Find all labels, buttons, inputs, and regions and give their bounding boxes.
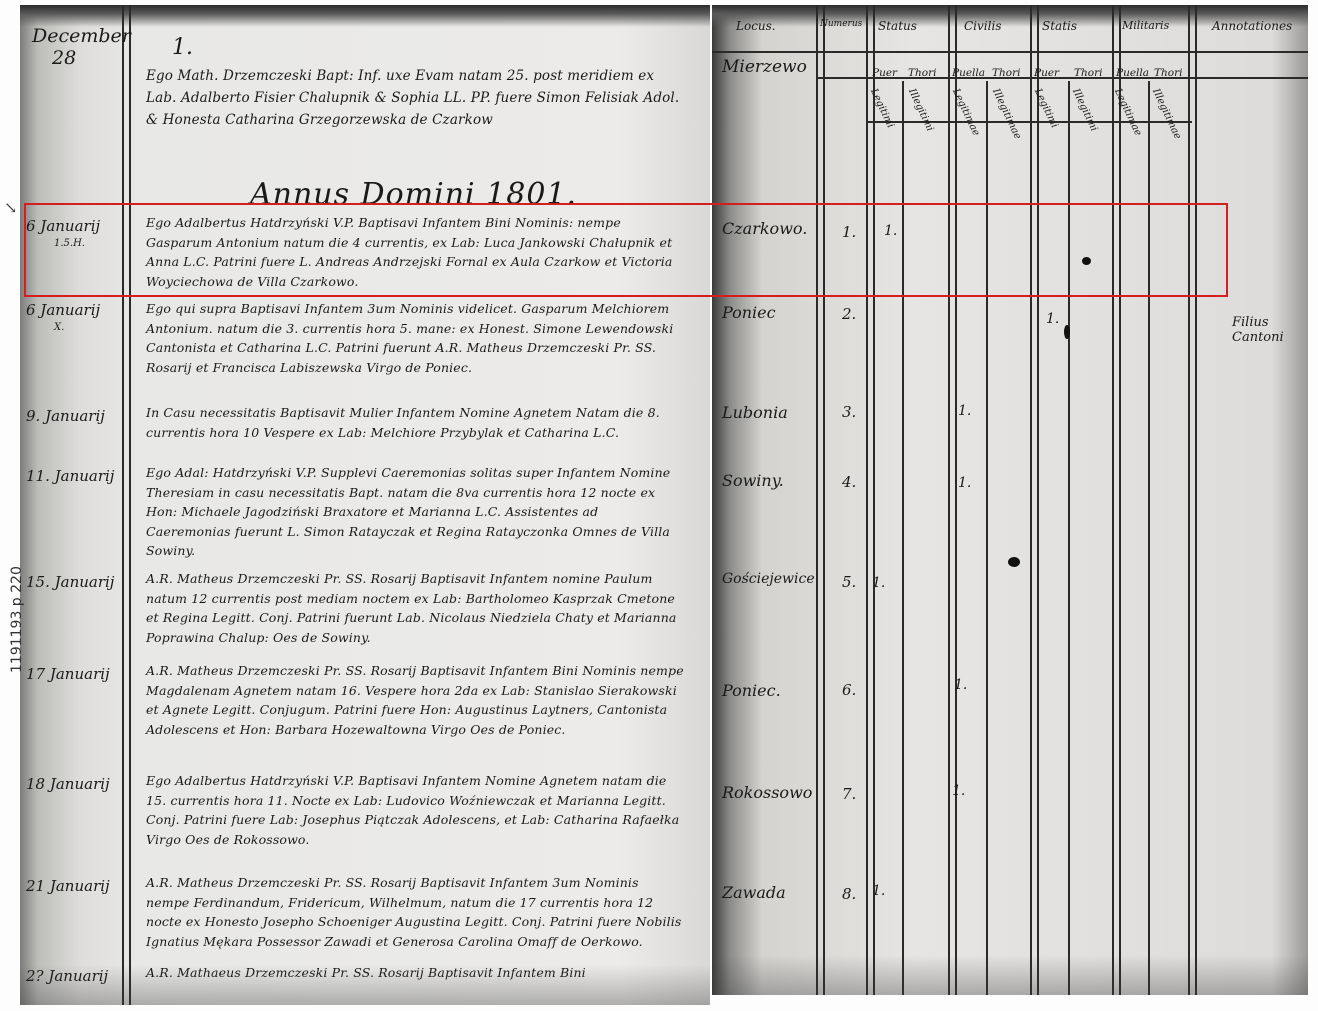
entry-date: 17 Januarij [26, 665, 138, 683]
row-place: Sowiny. [722, 471, 784, 490]
header-militaris: Militaris [1122, 19, 1169, 32]
row-number: 1. [842, 223, 856, 241]
subheader: Thori [1074, 67, 1102, 79]
header-rule [866, 121, 1192, 123]
header-numerus: Numerus [820, 19, 862, 29]
row-mark: 1. [884, 223, 897, 239]
subheader: Puer [1034, 67, 1059, 79]
column-rule [866, 5, 875, 995]
row-number: 2. [842, 305, 856, 323]
row-place: Lubonia [722, 403, 788, 422]
top-entry-number: 1. [172, 35, 193, 60]
ink-blot [1082, 257, 1091, 265]
row-place: Poniec. [722, 681, 781, 700]
row-remark: Filius Cantoni [1232, 315, 1308, 345]
header-civilis: Civilis [964, 19, 1001, 33]
subheader: Thori [1154, 67, 1182, 79]
row-number: 8. [842, 885, 856, 903]
row-place: Rokossowo [722, 783, 812, 802]
column-rule [816, 5, 825, 995]
row-mark: 1. [958, 403, 971, 419]
bottom-edge-shadow [712, 955, 1308, 995]
column-rule [1112, 5, 1121, 995]
column-rule [948, 5, 957, 995]
row-number: 4. [842, 473, 856, 491]
header-locus: Locus. [736, 19, 776, 33]
subheader: Puella [952, 67, 985, 79]
entry-text: Ego Adalbertus Hatdrzyński V.P. Baptisav… [146, 213, 686, 291]
row-place: Gościejewice [722, 571, 815, 587]
subheader: Puer [872, 67, 897, 79]
right-page: Locus. Numerus Status Civilis Statis Mil… [712, 5, 1308, 995]
column-rule [986, 81, 988, 995]
column-rule [1188, 5, 1197, 995]
column-rule [902, 81, 904, 995]
year-heading: Annus Domini 1801. [250, 177, 577, 212]
entry-date: 18 Januarij [26, 775, 138, 793]
rotated-subheader: Illegitimi [906, 87, 935, 133]
row-number: 5. [842, 573, 856, 591]
left-page: December 28 1. Ego Math. Drzemczeski Bap… [20, 5, 710, 1005]
entry-text: Ego Adalbertus Hatdrzyński V.P. Baptisav… [146, 771, 686, 849]
row-mark: 1. [952, 783, 965, 799]
row-mark: 1. [954, 677, 967, 693]
subheader: Puella [1116, 67, 1149, 79]
arrow-mark-icon: ↘ [4, 198, 17, 217]
margin-rule [122, 5, 131, 1005]
bottom-edge-shadow [20, 965, 710, 1005]
entry-text: In Casu necessitatis Baptisavit Mulier I… [146, 403, 686, 442]
entry-date: 11. Januarij [26, 467, 138, 485]
row-number: 7. [842, 785, 856, 803]
rotated-subheader: Illegitimae [990, 87, 1023, 141]
header-annotationes: Annotationes [1212, 19, 1292, 33]
top-place: Mierzewo [722, 57, 807, 77]
entry-text: A.R. Matheus Drzemczeski Pr. SS. Rosarij… [146, 661, 686, 739]
entry-date: 21 Januarij [26, 877, 138, 895]
column-rule [1030, 5, 1039, 995]
entry-date: 9. Januarij [26, 407, 138, 425]
column-rule [1148, 81, 1150, 995]
entry-text: A.R. Matheus Drzemczeski Pr. SS. Rosarij… [146, 569, 686, 647]
top-entry-day: 28 [32, 47, 76, 69]
margin-reference-text: 1191193 p 220 [9, 523, 25, 673]
row-mark: 1. [872, 883, 885, 899]
row-place: Zawada [722, 883, 786, 902]
row-place: Poniec [722, 303, 776, 322]
margin-reference: 1191193 p 220 [2, 530, 26, 680]
column-rule [1068, 81, 1070, 995]
subheader: Thori [992, 67, 1020, 79]
header-rule [712, 51, 1308, 53]
entry-text: Ego Adal: Hatdrzyński V.P. Supplevi Caer… [146, 463, 686, 561]
rotated-subheader: Illegitimae [1150, 87, 1183, 141]
row-place: Czarkowo. [722, 219, 807, 238]
entry-date: 6 Januarij1.5.H. [26, 217, 138, 253]
top-entry-date: December 28 [32, 25, 131, 69]
top-entry-month: December [32, 25, 131, 47]
ink-blot [1008, 557, 1020, 567]
header-status: Status [878, 19, 917, 33]
entry-text: Ego qui supra Baptisavi Infantem 3um Nom… [146, 299, 686, 377]
row-mark: 1. [958, 475, 971, 491]
row-number: 6. [842, 681, 856, 699]
header-statis: Statis [1042, 19, 1077, 33]
top-entry-text: Ego Math. Drzemczeski Bapt: Inf. uxe Eva… [146, 65, 686, 131]
subheader: Thori [908, 67, 936, 79]
entry-date: 6 JanuarijX. [26, 301, 138, 337]
entry-date: 15. Januarij [26, 573, 138, 591]
row-mark: 1. [872, 575, 885, 591]
ink-blot [1064, 325, 1070, 339]
rotated-subheader: Illegitimi [1070, 87, 1099, 133]
row-mark: 1. [1046, 311, 1059, 327]
row-number: 3. [842, 403, 856, 421]
entry-text: A.R. Matheus Drzemczeski Pr. SS. Rosarij… [146, 873, 686, 951]
